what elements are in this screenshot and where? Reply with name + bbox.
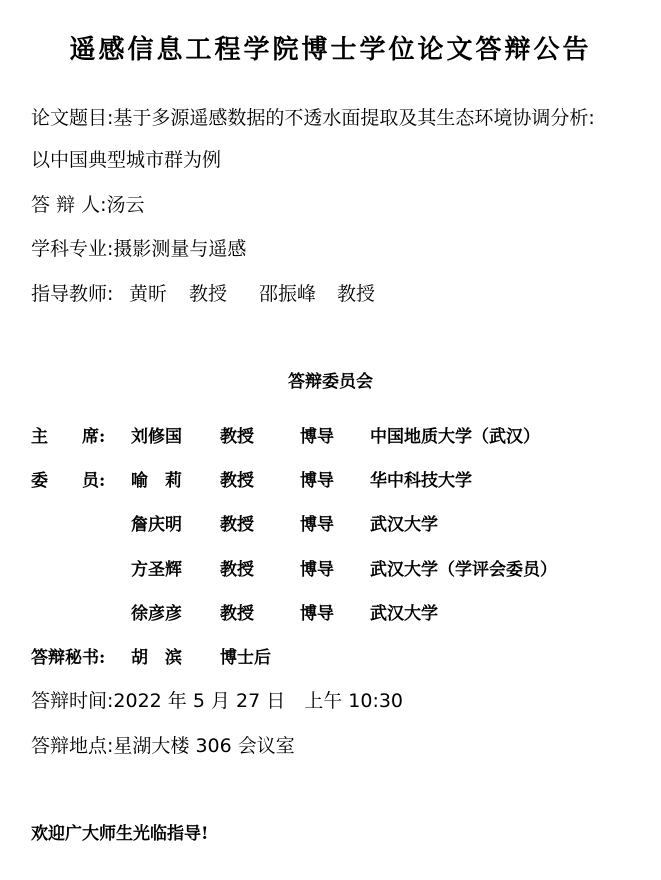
page-title: 遥感信息工程学院博士学位论文答辩公告 — [0, 30, 661, 70]
place-value: 星湖大楼 306 会议室 — [113, 735, 294, 757]
closing-text: 欢迎广大师生光临指导! — [31, 822, 208, 846]
member-role: 博导 — [300, 469, 334, 493]
time-label: 答辩时间: — [31, 690, 113, 712]
member-affiliation: 中国地质大学（武汉） — [370, 425, 540, 449]
secretary-label: 答辩秘书: — [31, 646, 105, 670]
member-name: 徐彦彦 — [131, 602, 182, 626]
member-role: 博导 — [300, 425, 334, 449]
thesis-label: 论文题目: — [31, 107, 113, 129]
member-name: 喻 莉 — [131, 469, 182, 493]
committee-row-member: 徐彦彦 教授 博导 武汉大学 — [31, 602, 651, 626]
member-title: 教授 — [220, 558, 254, 582]
committee-heading: 答辩委员会 — [0, 370, 661, 394]
committee-row-member: 委 员: 喻 莉 教授 博导 华中科技大学 — [31, 469, 651, 493]
member-name: 詹庆明 — [131, 513, 182, 537]
place-label: 答辩地点: — [31, 735, 113, 757]
committee-row-member: 方圣辉 教授 博导 武汉大学（学评会委员） — [31, 558, 651, 582]
member-role: 博导 — [300, 602, 334, 626]
thesis-title-line1: 论文题目:基于多源遥感数据的不透水面提取及其生态环境协调分析: — [31, 105, 595, 131]
defense-place-row: 答辩地点:星湖大楼 306 会议室 — [31, 733, 295, 759]
member-role: 博导 — [300, 513, 334, 537]
member-label: 委 员: — [31, 469, 105, 493]
member-role: 博导 — [300, 558, 334, 582]
advisor-name: 黄昕 — [129, 281, 167, 307]
member-affiliation: 武汉大学（学评会委员） — [370, 558, 557, 582]
defense-time-row: 答辩时间:2022 年 5 月 27 日 上午 10:30 — [31, 688, 403, 714]
committee-row-member: 詹庆明 教授 博导 武汉大学 — [31, 513, 651, 537]
candidate-row: 答 辩 人:汤云 — [31, 192, 145, 218]
time-value: 2022 年 5 月 27 日 上午 10:30 — [113, 690, 403, 712]
advisor-title: 教授 — [189, 281, 227, 307]
major-value: 摄影测量与遥感 — [113, 238, 246, 260]
committee-row-chair: 主 席: 刘修国 教授 博导 中国地质大学（武汉） — [31, 425, 651, 449]
thesis-value-1: 基于多源遥感数据的不透水面提取及其生态环境协调分析: — [113, 107, 594, 129]
thesis-title-line2: 以中国典型城市群为例 — [31, 147, 221, 173]
member-title: 教授 — [220, 425, 254, 449]
advisors-row: 指导教师: 黄昕 教授 邵振峰 教授 — [31, 281, 631, 307]
secretary-title: 博士后 — [220, 646, 271, 670]
member-title: 教授 — [220, 513, 254, 537]
advisor-title: 教授 — [337, 281, 375, 307]
member-affiliation: 武汉大学 — [370, 513, 438, 537]
candidate-label: 答 辩 人: — [31, 194, 106, 216]
member-name: 刘修国 — [131, 425, 182, 449]
secretary-name: 胡 滨 — [131, 646, 182, 670]
secretary-row: 答辩秘书: 胡 滨 博士后 — [31, 646, 651, 670]
advisors-label: 指导教师: — [31, 281, 113, 307]
major-label: 学科专业: — [31, 238, 113, 260]
chair-label: 主 席: — [31, 425, 105, 449]
major-row: 学科专业:摄影测量与遥感 — [31, 236, 246, 262]
advisor-name: 邵振峰 — [259, 281, 316, 307]
candidate-value: 汤云 — [106, 194, 144, 216]
member-title: 教授 — [220, 602, 254, 626]
member-affiliation: 武汉大学 — [370, 602, 438, 626]
member-affiliation: 华中科技大学 — [370, 469, 472, 493]
member-title: 教授 — [220, 469, 254, 493]
member-name: 方圣辉 — [131, 558, 182, 582]
